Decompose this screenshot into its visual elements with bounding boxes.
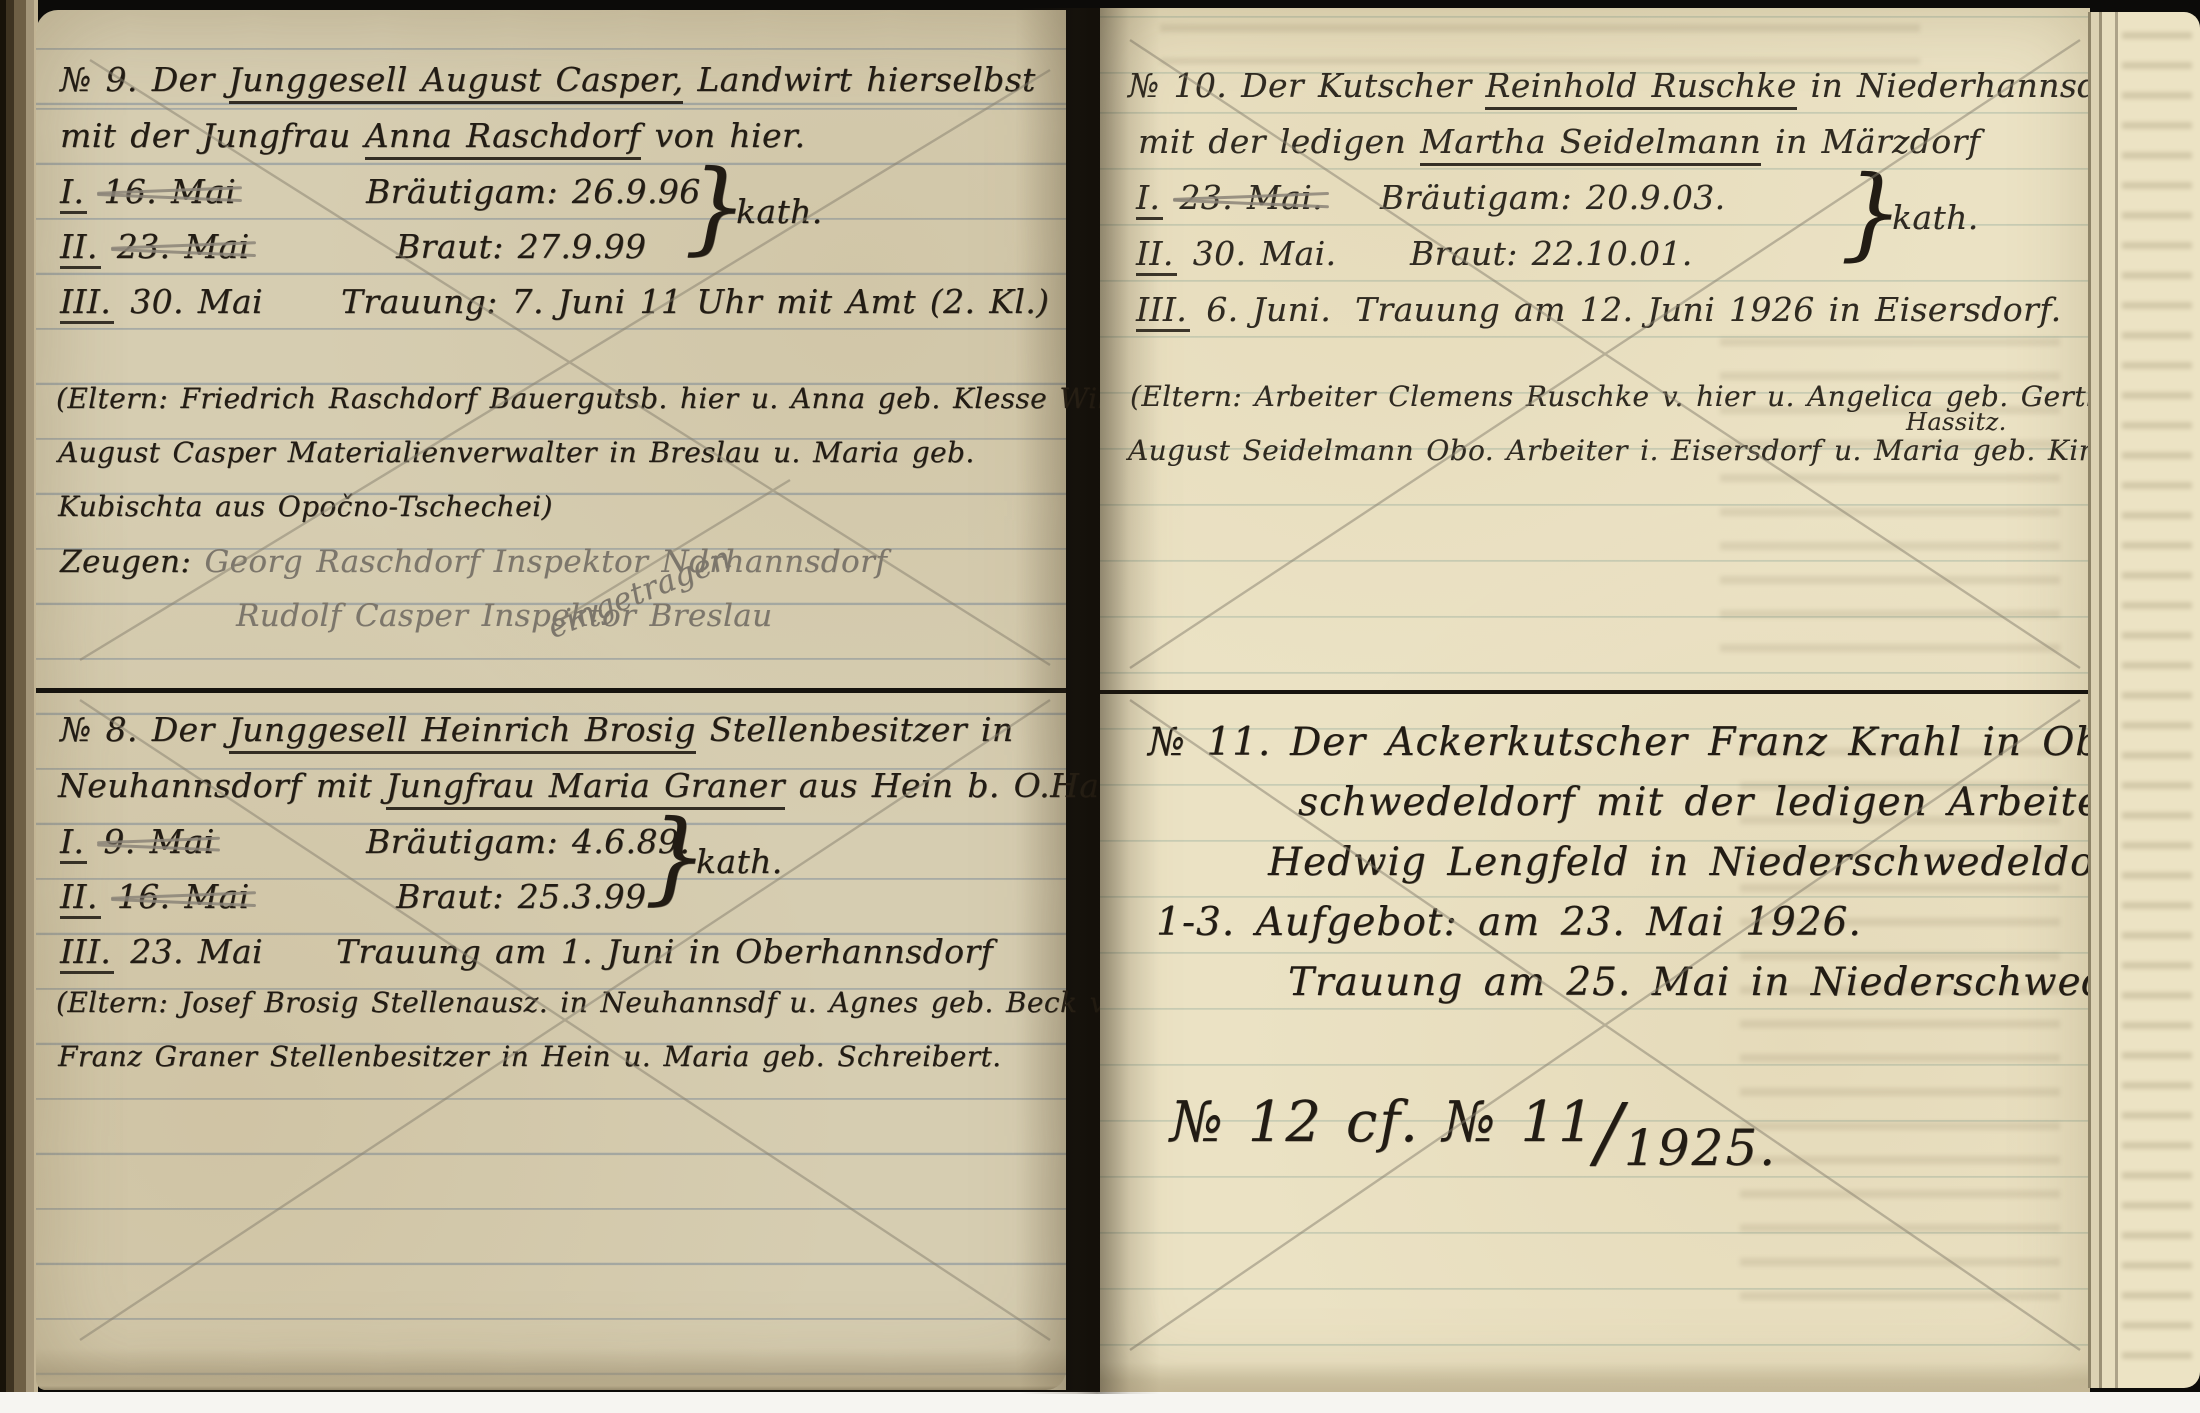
parents-line: Kubischta aus Opočno-Tschechei) [58, 490, 553, 523]
roman-numeral: III. [60, 282, 114, 324]
banns-row: II.30. Mai. [1136, 234, 1336, 273]
banns-row: III.23. Mai [60, 932, 263, 971]
confession-note: kath. [736, 192, 823, 231]
banns-row-desc: Braut: 25.3.99 [396, 877, 646, 916]
underlined-name: Martha Seidelmann [1420, 122, 1761, 166]
banns-row: I.23. Mai. [1136, 178, 1323, 217]
edge-ghost-writing [2122, 32, 2192, 1362]
struck-date: 9. Mai [103, 822, 214, 861]
entry-divider-rule [1100, 690, 2090, 694]
date-text: 30. Mai [130, 282, 263, 321]
line-text: mit der ledigen [1138, 122, 1420, 161]
roman-numeral: II. [60, 877, 101, 919]
date-text: 23. Mai [130, 932, 263, 971]
line-text: Der [152, 710, 229, 749]
roman-numeral: I. [60, 172, 87, 214]
banns-row: I.16. Mai [60, 172, 236, 211]
page-bottom-edge [1100, 1362, 2090, 1392]
handwritten-line: schwedeldorf mit der ledigen Arbeiterin [1298, 780, 2160, 825]
roman-numeral: II. [60, 227, 101, 269]
scan-background-bottom [0, 1392, 2200, 1413]
underlined-name: Jungfrau Maria Graner [386, 766, 785, 810]
banns-row: III.30. Mai [60, 282, 263, 321]
underlined-name: Junggesell August Casper, [229, 60, 684, 104]
roman-numeral: I. [60, 822, 87, 864]
confession-note: kath. [696, 842, 783, 881]
witness-name-pencil: Rudolf Casper Inspektor Breslau [236, 598, 773, 634]
line-text: Landwirt hierselbst [683, 60, 1035, 99]
roman-numeral: III. [1136, 290, 1190, 332]
witness-name-pencil: Georg Raschdorf Inspektor Ndrhannsdorf [205, 544, 888, 580]
parents-superscript: Hassitz. [1906, 408, 2007, 436]
roman-numeral: I. [1136, 178, 1163, 220]
handwritten-line: № 9. Der Junggesell August Casper, Landw… [60, 60, 1036, 99]
handwritten-line: Neuhannsdorf mit Jungfrau Maria Graner a… [58, 766, 1171, 805]
line-text: Neuhannsdorf mit [58, 766, 386, 805]
underlined-name: Junggesell Heinrich Brosig [229, 710, 696, 754]
bleedthrough-ghost [1160, 24, 1920, 64]
banns-row-desc: Bräutigam: 26.9.96 [366, 172, 701, 211]
handwritten-line: № 8. Der Junggesell Heinrich Brosig Stel… [60, 710, 1014, 749]
left-page: № 9. Der Junggesell August Casper, Landw… [36, 10, 1066, 1390]
entry-number: № 8. [60, 710, 138, 749]
banns-row-desc: Trauung am 12. Juni 1926 in Eisersdorf. [1355, 290, 2062, 329]
banns-row: III.6. Juni. [1136, 290, 1331, 329]
underlined-name: Anna Raschdorf [365, 116, 641, 160]
underlined-name: Reinhold Ruschke [1485, 66, 1796, 110]
right-page: № 10. Der Kutscher Reinhold Ruschke in N… [1100, 8, 2090, 1392]
struck-date: 23. Mai. [1179, 178, 1323, 217]
scanned-register-spread: № 9. Der Junggesell August Casper, Landw… [0, 0, 2200, 1413]
entry-number: № 9. [60, 60, 138, 99]
next-pages-edge-stack [2088, 12, 2200, 1388]
fraction-year: 1925. [1624, 1119, 1777, 1177]
line-text: Der [152, 60, 229, 99]
parents-line: (Eltern: Friedrich Raschdorf Bauergutsb.… [56, 382, 1168, 415]
entry-number: № 10. [1128, 66, 1227, 105]
entry-number: № 11. [1148, 720, 1271, 765]
date-text: 30. Mai. [1193, 234, 1337, 273]
bleedthrough-ghost [1740, 748, 2060, 1308]
banns-row: II.16. Mai [60, 877, 250, 916]
handwritten-line: Der Ackerkutscher Franz Krahl in Ober- [1290, 720, 2159, 765]
parents-line: Franz Graner Stellenbesitzer in Hein u. … [58, 1040, 1001, 1073]
struck-date: 16. Mai [103, 172, 236, 211]
date-text: 6. Juni. [1206, 290, 1331, 329]
entry-divider-rule [36, 688, 1066, 693]
line-text: Der Kutscher [1241, 66, 1485, 105]
handwritten-line: № 10. Der Kutscher Reinhold Ruschke in N… [1128, 66, 2148, 105]
struck-date: 16. Mai [117, 877, 250, 916]
banns-row-desc: Trauung: 7. Juni 11 Uhr mit Amt (2. Kl.) [341, 282, 1049, 321]
roman-numeral: III. [60, 932, 114, 974]
banns-row: I.9. Mai [60, 822, 215, 861]
page-bottom-edge [36, 1348, 1066, 1390]
handwritten-line: Trauung am 25. Mai in Niederschwedeldorf [1288, 960, 2200, 1005]
parents-line: August Casper Materialienverwalter in Br… [58, 436, 975, 469]
banns-row-desc: Trauung am 1. Juni in Oberhannsdorf [336, 932, 993, 971]
banns-row: II.23. Mai [60, 227, 250, 266]
struck-date: 23. Mai [117, 227, 250, 266]
banns-row-desc: Braut: 22.10.01. [1410, 234, 1693, 273]
cross-reference-text: № 12 cf. № 11 [1170, 1090, 1596, 1155]
entry-no12: № 12 cf. № 11/1925. [1170, 1090, 1777, 1155]
line-text: mit der Jungfrau [60, 116, 365, 155]
book-spine-edge [0, 0, 38, 1395]
line-text: Stellenbesitzer in [696, 710, 1014, 749]
confession-note: kath. [1892, 198, 1979, 237]
banns-row-desc: Braut: 27.9.99 [396, 227, 646, 266]
parents-line: (Eltern: Arbeiter Clemens Ruschke v. hie… [1130, 380, 2189, 413]
witnesses-line: Zeugen: Georg Raschdorf Inspektor Ndrhan… [60, 544, 887, 580]
witnesses-label: Zeugen: [60, 544, 205, 580]
banns-row-desc: Bräutigam: 4.6.89. [366, 822, 690, 861]
handwritten-line: Hedwig Lengfeld in Niederschwedeldorf [1268, 840, 2130, 885]
handwritten-line: 1-3. Aufgebot: am 23. Mai 1926. [1156, 900, 1862, 945]
parents-line: August Seidelmann Obo. Arbeiter i. Eiser… [1128, 434, 2200, 467]
parents-line: (Eltern: Josef Brosig Stellenausz. in Ne… [56, 986, 1160, 1019]
roman-numeral: II. [1136, 234, 1177, 276]
banns-row-desc: Bräutigam: 20.9.03. [1380, 178, 1726, 217]
